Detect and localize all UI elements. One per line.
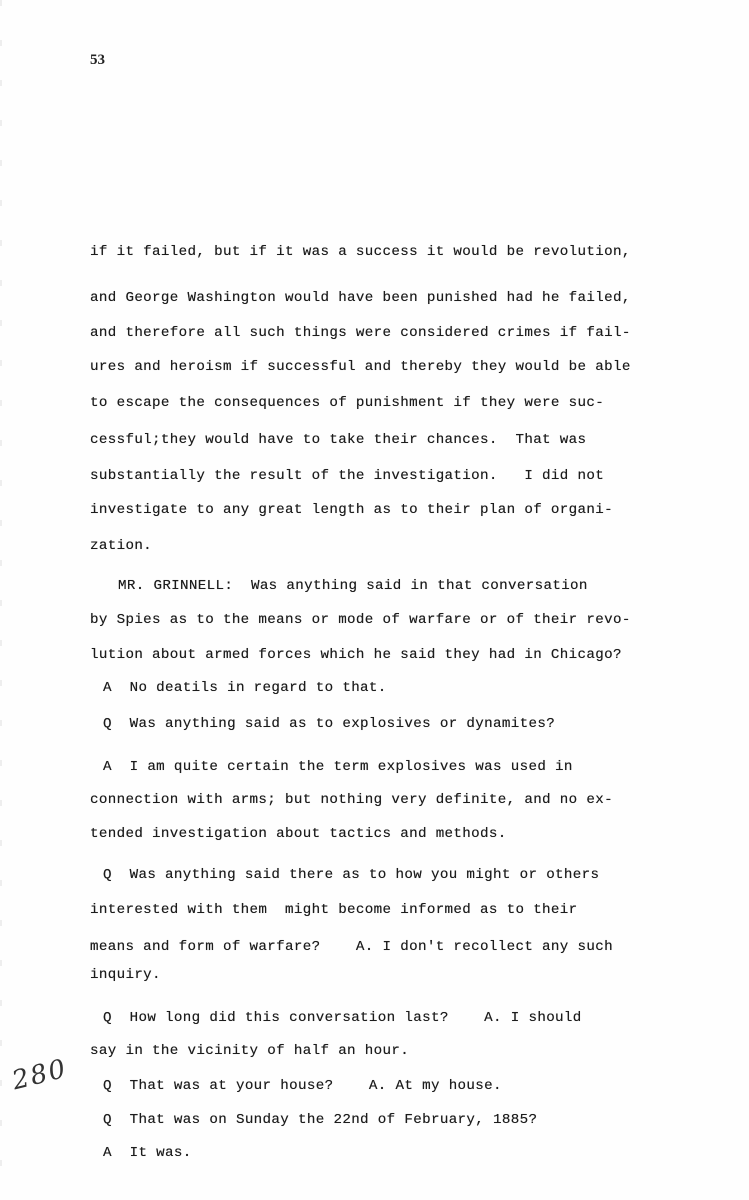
question-line: Q Was anything said as to explosives or … xyxy=(103,716,555,732)
question-line: Q That was on Sunday the 22nd of Februar… xyxy=(103,1112,537,1128)
question-line: Q That was at your house? A. At my house… xyxy=(103,1078,502,1094)
question-line: Q How long did this conversation last? A… xyxy=(103,1010,582,1026)
speaker-line: MR. GRINNELL: Was anything said in that … xyxy=(118,578,588,594)
text-line: say in the vicinity of half an hour. xyxy=(90,1043,409,1059)
answer-line: A No deatils in regard to that. xyxy=(103,680,387,696)
text-line: connection with arms; but nothing very d… xyxy=(90,792,613,808)
text-line: substantially the result of the investig… xyxy=(90,468,604,484)
text-line: and therefore all such things were consi… xyxy=(90,325,631,341)
answer-line: A It was. xyxy=(103,1145,192,1161)
page-number: 53 xyxy=(90,52,105,69)
text-line: means and form of warfare? A. I don't re… xyxy=(90,939,613,955)
text-line: interested with them might become inform… xyxy=(90,902,578,918)
text-line: zation. xyxy=(90,538,152,554)
answer-line: A I am quite certain the term explosives… xyxy=(103,759,573,775)
text-line: to escape the consequences of punishment… xyxy=(90,395,604,411)
document-page: 53 if it failed, but if it was a success… xyxy=(0,0,749,1200)
page-edge xyxy=(0,0,2,1200)
text-line: inquiry. xyxy=(90,967,161,983)
text-line: cessful;they would have to take their ch… xyxy=(90,432,586,448)
question-line: Q Was anything said there as to how you … xyxy=(103,867,599,883)
text-line: by Spies as to the means or mode of warf… xyxy=(90,612,631,628)
text-line: if it failed, but if it was a success it… xyxy=(90,244,631,260)
text-line: lution about armed forces which he said … xyxy=(90,647,622,663)
handwritten-margin-note: 280 xyxy=(9,1054,70,1097)
text-line: ures and heroism if successful and there… xyxy=(90,359,631,375)
text-line: investigate to any great length as to th… xyxy=(90,502,613,518)
text-line: tended investigation about tactics and m… xyxy=(90,826,507,842)
text-line: and George Washington would have been pu… xyxy=(90,290,631,306)
